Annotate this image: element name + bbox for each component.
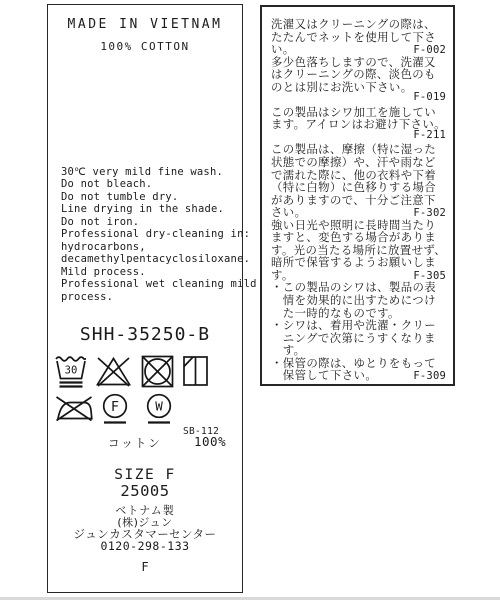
- care-note-line: 洗濯又はクリーニングの際は、: [271, 16, 446, 29]
- care-note-line: この製品は、摩擦（特に湿った: [271, 141, 446, 154]
- care-instructions-en: 30℃ very mild fine wash.Do not bleach.Do…: [61, 166, 257, 303]
- care-note-line: ますと、変色する場合がありま: [271, 229, 446, 242]
- care-note-line: はクリーニングの際、淡色のも: [271, 66, 446, 79]
- composition-text: 100% COTTON: [48, 40, 242, 53]
- care-instruction-line: Do not iron.: [61, 216, 257, 228]
- care-instruction-line: 30℃ very mild fine wash.: [61, 166, 257, 178]
- care-notes-right-panel: 洗濯又はクリーニングの際は、 たたんでネットを使用して下さ い。 F-002 多…: [260, 5, 455, 386]
- care-instruction-line: decamethylpentacyclosiloxane.: [61, 253, 257, 265]
- do-not-tumble-dry-icon: [139, 354, 176, 390]
- care-note-line: ます。アイロンはお避け下さい。: [271, 116, 446, 129]
- origin-text: MADE IN VIETNAM: [48, 17, 242, 32]
- care-note-line: この製品はシワ加工を施してい: [271, 104, 446, 117]
- care-note-line: ・保管の際は、ゆとりをもって: [271, 355, 446, 368]
- size-code: F: [48, 560, 242, 574]
- svg-text:30: 30: [65, 365, 78, 377]
- care-note-line: 強い日光や照明に長時間当たり: [271, 217, 446, 230]
- customer-center-phone: 0120-298-133: [48, 539, 242, 553]
- size-label: SIZE F: [48, 467, 242, 483]
- care-instruction-line: Do not tumble dry.: [61, 191, 257, 203]
- care-note-code: F-309: [413, 370, 446, 382]
- do-not-iron-icon: [55, 395, 93, 422]
- care-note-line: 状態での摩擦）や、汗や雨など: [271, 154, 446, 167]
- care-note-line: （特に白物）に色移りする場合: [271, 179, 446, 192]
- care-note-line: 多少色落ちしますので、洗濯又: [271, 54, 446, 67]
- care-note-line: ・シワは、着用や洗濯・クリー: [271, 317, 446, 330]
- svg-text:F: F: [111, 399, 119, 415]
- care-notes-jp: 洗濯又はクリーニングの際は、 たたんでネットを使用して下さ い。 F-002 多…: [271, 16, 446, 380]
- care-label-left-panel: MADE IN VIETNAM 100% COTTON 30℃ very mil…: [47, 4, 243, 593]
- line-dry-in-shade-icon: [182, 355, 209, 388]
- care-instruction-line: process.: [61, 291, 257, 303]
- material-percentage: 100%: [194, 434, 226, 449]
- care-instruction-line: Professional dry-cleaning in:: [61, 228, 257, 240]
- care-note-line: がありますので、十分ご注意下: [271, 192, 446, 205]
- care-instruction-line: Do not bleach.: [61, 178, 257, 190]
- care-note-code: F-211: [413, 129, 446, 141]
- care-note-line: 暗所で保管するようお願いしま: [271, 254, 446, 267]
- do-not-bleach-icon: [94, 354, 133, 390]
- care-note-line: ニングで次第にうすくなりま: [271, 330, 446, 343]
- care-note-line: 情を効果的に出すためにつけ: [271, 292, 446, 305]
- care-note-line: ・この製品のシワは、製品の表: [271, 279, 446, 292]
- product-code: SHH-35250-B: [48, 324, 242, 345]
- professional-wet-clean-W-mild-icon: W: [145, 393, 173, 425]
- professional-dry-clean-F-mild-icon: F: [101, 393, 129, 425]
- wash-30-very-mild-icon: 30: [54, 352, 88, 391]
- care-note-text: のとは別にお洗い下さい。: [271, 79, 413, 95]
- care-note-text: 暗所で保管するようお願いしま: [271, 254, 436, 270]
- care-note-text: 保管して下さい。: [271, 367, 377, 383]
- care-symbols-row1: 30: [54, 352, 209, 391]
- material-name-jp: コットン: [108, 435, 162, 451]
- care-instruction-line: Professional wet cleaning mild: [61, 278, 257, 290]
- care-note-line: で濡れた際に、他の衣料や下着: [271, 167, 446, 180]
- care-note-text: たたんでネットを使用して下さ: [271, 29, 436, 45]
- style-number: 25005: [48, 482, 242, 500]
- care-note-line: たたんでネットを使用して下さ: [271, 29, 446, 42]
- garment-care-label: { "left_panel": { "origin": "MADE IN VIE…: [0, 0, 500, 600]
- care-note-line: す。光の当たる場所に放置せず、: [271, 242, 446, 255]
- care-instruction-line: Line drying in the shade.: [61, 203, 257, 215]
- care-instruction-line: Mild process.: [61, 266, 257, 278]
- care-instruction-line: hydrocarbons,: [61, 241, 257, 253]
- care-symbols-row2: F W: [55, 393, 173, 425]
- svg-text:W: W: [155, 399, 163, 414]
- care-note-code: F-019: [413, 91, 446, 103]
